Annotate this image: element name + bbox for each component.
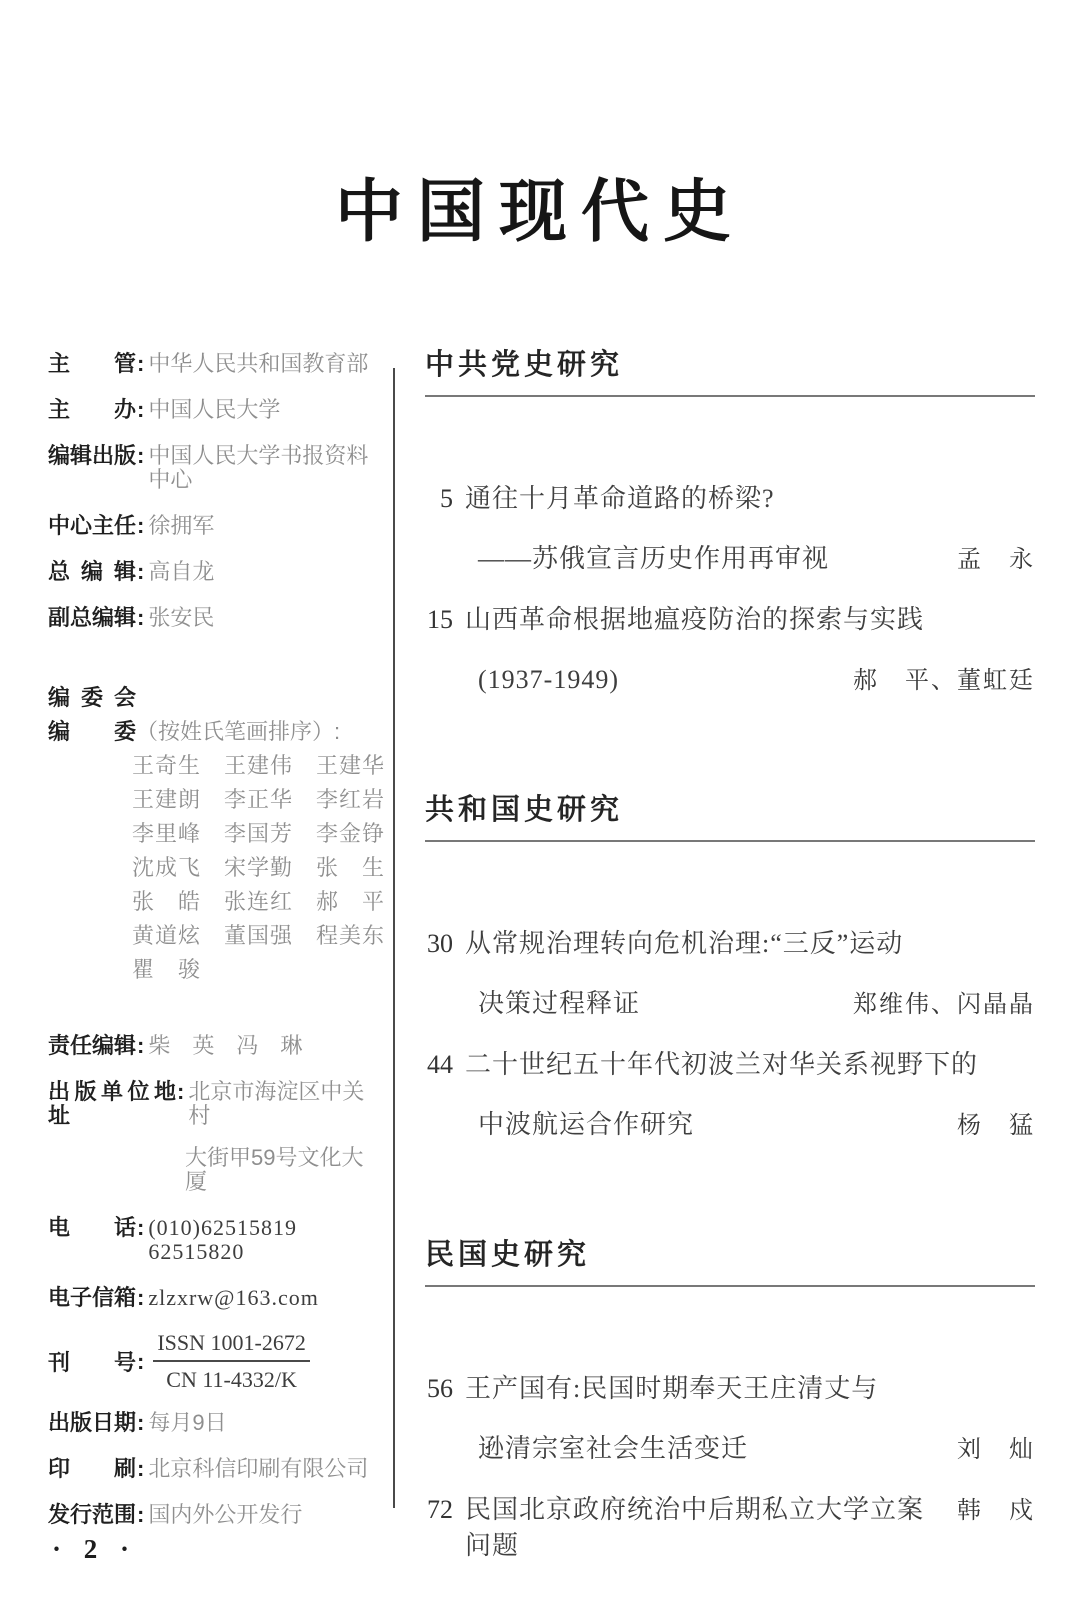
editorial-board-heading: 编委会 [48, 686, 383, 710]
phone-number: (010)62515819 62515820 [148, 1216, 383, 1264]
masthead-row-chief-editor: 总编辑: 高自龙 [48, 560, 383, 584]
masthead-value: 国内外公开发行 [148, 1503, 302, 1527]
colon: : [137, 514, 144, 538]
article-page-number: 15 [425, 602, 453, 638]
article-title: 山西革命根据地瘟疫防治的探索与实践 [465, 602, 924, 638]
article-title: 通往十月革命道路的桥梁? [465, 481, 775, 517]
masthead-label: 出版单位地址 [48, 1080, 176, 1128]
colon: : [137, 606, 144, 630]
masthead-value: 高自龙 [148, 560, 214, 584]
board-member-row: 李里峰 李国芳 李金铮 [132, 822, 383, 846]
colon: : [137, 1286, 144, 1310]
masthead-row-sponsor: 主办: 中国人民大学 [48, 398, 383, 422]
masthead-row-email: 电子信箱: zlzxrw@163.com [48, 1286, 383, 1310]
masthead-value: 柴 英 冯 琳 [148, 1034, 302, 1058]
masthead-label: 编辑出版 [48, 444, 136, 468]
masthead-value: 北京市海淀区中关村 [188, 1080, 383, 1128]
column-divider [393, 368, 395, 1508]
toc-section-prc-history: 共和国史研究 30 从常规治理转向危机治理:“三反”运动 决策过程释证 郑维伟、… [425, 787, 1035, 1144]
board-member-row: 沈成飞 宋学勤 张 生 [132, 856, 383, 880]
article-title-line: 5 通往十月革命道路的桥梁? [425, 481, 1035, 517]
masthead-row-issue-number: 刊号: ISSN 1001-2672 CN 11-4332/K [48, 1330, 383, 1393]
masthead-row-managing-editor: 责任编辑: 柴 英 冯 琳 [48, 1034, 383, 1058]
colon: : [137, 1034, 144, 1058]
masthead-label: 电子信箱 [48, 1286, 136, 1310]
article-page-number: 56 [425, 1371, 453, 1407]
masthead-value: 徐拥军 [148, 514, 214, 538]
board-sort-note: （按姓氏笔画排序）: [136, 720, 340, 744]
masthead-row-supervisor: 主管: 中华人民共和国教育部 [48, 352, 383, 376]
masthead-row-publisher: 编辑出版: 中国人民大学书报资料中心 [48, 444, 383, 492]
masthead-row-pub-date: 出版日期: 每月9日 [48, 1411, 383, 1435]
masthead-value: 中华人民共和国教育部 [148, 352, 368, 376]
toc-article: 30 从常规治理转向危机治理:“三反”运动 决策过程释证 郑维伟、闪晶晶 [425, 926, 1035, 1023]
article-page-number: 5 [425, 481, 453, 517]
journal-toc-page: 中国现代史 主管: 中华人民共和国教育部 主办: 中国人民大学 编辑出版: 中国… [0, 0, 1080, 1617]
masthead-column: 主管: 中华人民共和国教育部 主办: 中国人民大学 编辑出版: 中国人民大学书报… [48, 352, 383, 1549]
section-title: 中共党史研究 [425, 342, 1035, 397]
toc-article: 15 山西革命根据地瘟疫防治的探索与实践 (1937-1949) 郝 平、董虹廷 [425, 602, 1035, 699]
colon: : [137, 1349, 144, 1375]
article-title-line: 30 从常规治理转向危机治理:“三反”运动 [425, 926, 1035, 962]
masthead-row-center-director: 中心主任: 徐拥军 [48, 514, 383, 538]
journal-title: 中国现代史 [0, 158, 1080, 255]
masthead-address-line2: 大街甲59号文化大厦 [48, 1146, 383, 1194]
article-subtitle: ——苏俄宣言历史作用再审视 [478, 541, 829, 577]
toc-section-party-history: 中共党史研究 5 通往十月革命道路的桥梁? ——苏俄宣言历史作用再审视 孟 永 … [425, 342, 1035, 699]
colon: : [137, 1216, 144, 1240]
article-authors: 杨 猛 [937, 1108, 1035, 1144]
masthead-value: 中国人民大学书报资料中心 [148, 444, 383, 492]
issn-cn-block: ISSN 1001-2672 CN 11-4332/K [153, 1330, 310, 1393]
article-title-line: 44 二十世纪五十年代初波兰对华关系视野下的 [425, 1047, 1035, 1083]
article-title: 二十世纪五十年代初波兰对华关系视野下的 [465, 1047, 978, 1083]
article-authors: 郝 平、董虹廷 [833, 663, 1035, 699]
article-authors: 孟 永 [937, 542, 1035, 578]
toc-column: 中共党史研究 5 通往十月革命道路的桥梁? ——苏俄宣言历史作用再审视 孟 永 … [425, 342, 1035, 1588]
colon: : [137, 1457, 144, 1481]
article-page-number: 30 [425, 926, 453, 962]
toc-article: 5 通往十月革命道路的桥梁? ——苏俄宣言历史作用再审视 孟 永 [425, 481, 1035, 578]
masthead-label: 总编辑 [48, 560, 136, 584]
article-authors: 郑维伟、闪晶晶 [833, 987, 1035, 1023]
article-title: 民国北京政府统治中后期私立大学立案问题 [465, 1492, 937, 1564]
article-title-line: 72 民国北京政府统治中后期私立大学立案问题 韩 戍 [425, 1492, 1035, 1564]
masthead-value: 北京科信印刷有限公司 [148, 1457, 368, 1481]
board-member-row: 黄道炫 董国强 程美东 [132, 924, 383, 948]
colon: : [137, 398, 144, 422]
colon: : [137, 444, 144, 468]
board-member-row: 王奇生 王建伟 王建华 [132, 754, 383, 778]
masthead-label: 责任编辑 [48, 1034, 136, 1058]
article-title-line: 56 王产国有:民国时期奉天王庄清丈与 [425, 1371, 1035, 1407]
colon: : [137, 352, 144, 376]
masthead-value: 每月9日 [148, 1411, 226, 1435]
toc-article: 72 民国北京政府统治中后期私立大学立案问题 韩 戍 [425, 1492, 1035, 1564]
board-title-label: 编委会 [48, 686, 136, 710]
masthead-label: 副总编辑 [48, 606, 136, 630]
colon: : [177, 1080, 184, 1104]
toc-section-republican-history: 民国史研究 56 王产国有:民国时期奉天王庄清丈与 逊清宗室社会生活变迁 刘 灿… [425, 1232, 1035, 1564]
article-subtitle: 决策过程释证 [478, 986, 640, 1022]
article-subtitle-line: 逊清宗室社会生活变迁 刘 灿 [425, 1431, 1035, 1468]
board-label: 编委 [48, 720, 136, 744]
masthead-row-deputy-editor: 副总编辑: 张安民 [48, 606, 383, 630]
article-subtitle-line: (1937-1949) 郝 平、董虹廷 [425, 662, 1035, 699]
masthead-row-distribution: 发行范围: 国内外公开发行 [48, 1503, 383, 1527]
masthead-label: 电话 [48, 1216, 136, 1240]
masthead-label: 发行范围 [48, 1503, 136, 1527]
article-subtitle-line: 决策过程释证 郑维伟、闪晶晶 [425, 986, 1035, 1023]
masthead-label: 中心主任 [48, 514, 136, 538]
article-subtitle: (1937-1949) [478, 662, 619, 698]
article-subtitle-line: 中波航运合作研究 杨 猛 [425, 1107, 1035, 1144]
colon: : [137, 1503, 144, 1527]
article-authors: 韩 戍 [937, 1493, 1035, 1529]
toc-article: 44 二十世纪五十年代初波兰对华关系视野下的 中波航运合作研究 杨 猛 [425, 1047, 1035, 1144]
article-title: 王产国有:民国时期奉天王庄清丈与 [465, 1371, 878, 1407]
email-address: zlzxrw@163.com [148, 1286, 319, 1310]
editorial-board-subheading: 编委 （按姓氏笔画排序）: [48, 720, 383, 744]
article-page-number: 72 [425, 1492, 453, 1528]
article-title: 从常规治理转向危机治理:“三反”运动 [465, 926, 903, 962]
editorial-board-list: 王奇生 王建伟 王建华 王建朗 李正华 李红岩 李里峰 李国芳 李金铮 沈成飞 … [48, 754, 383, 982]
masthead-label: 主管 [48, 352, 136, 376]
article-subtitle-line: ——苏俄宣言历史作用再审视 孟 永 [425, 541, 1035, 578]
masthead-value: 中国人民大学 [148, 398, 280, 422]
cn-number: CN 11-4332/K [153, 1362, 310, 1393]
masthead-label: 刊号 [48, 1346, 136, 1377]
article-authors: 刘 灿 [937, 1432, 1035, 1468]
masthead-row-address: 出版单位地址: 北京市海淀区中关村 [48, 1080, 383, 1128]
masthead-row-printer: 印刷: 北京科信印刷有限公司 [48, 1457, 383, 1481]
masthead-label: 出版日期 [48, 1411, 136, 1435]
article-subtitle: 逊清宗室社会生活变迁 [478, 1431, 748, 1467]
section-title: 共和国史研究 [425, 787, 1035, 842]
masthead-row-phone: 电话: (010)62515819 62515820 [48, 1216, 383, 1264]
issn-number: ISSN 1001-2672 [153, 1330, 310, 1362]
board-member-row: 瞿 骏 [132, 958, 383, 982]
article-subtitle: 中波航运合作研究 [478, 1107, 694, 1143]
section-title: 民国史研究 [425, 1232, 1035, 1287]
masthead-label: 印刷 [48, 1457, 136, 1481]
board-member-row: 张 皓 张连红 郝 平 [132, 890, 383, 914]
toc-article: 56 王产国有:民国时期奉天王庄清丈与 逊清宗室社会生活变迁 刘 灿 [425, 1371, 1035, 1468]
article-page-number: 44 [425, 1047, 453, 1083]
masthead-label: 主办 [48, 398, 136, 422]
colon: : [137, 1411, 144, 1435]
article-title-line: 15 山西革命根据地瘟疫防治的探索与实践 [425, 602, 1035, 638]
page-number: · 2 · [52, 1534, 137, 1565]
colon: : [137, 560, 144, 584]
masthead-value: 张安民 [148, 606, 214, 630]
board-member-row: 王建朗 李正华 李红岩 [132, 788, 383, 812]
